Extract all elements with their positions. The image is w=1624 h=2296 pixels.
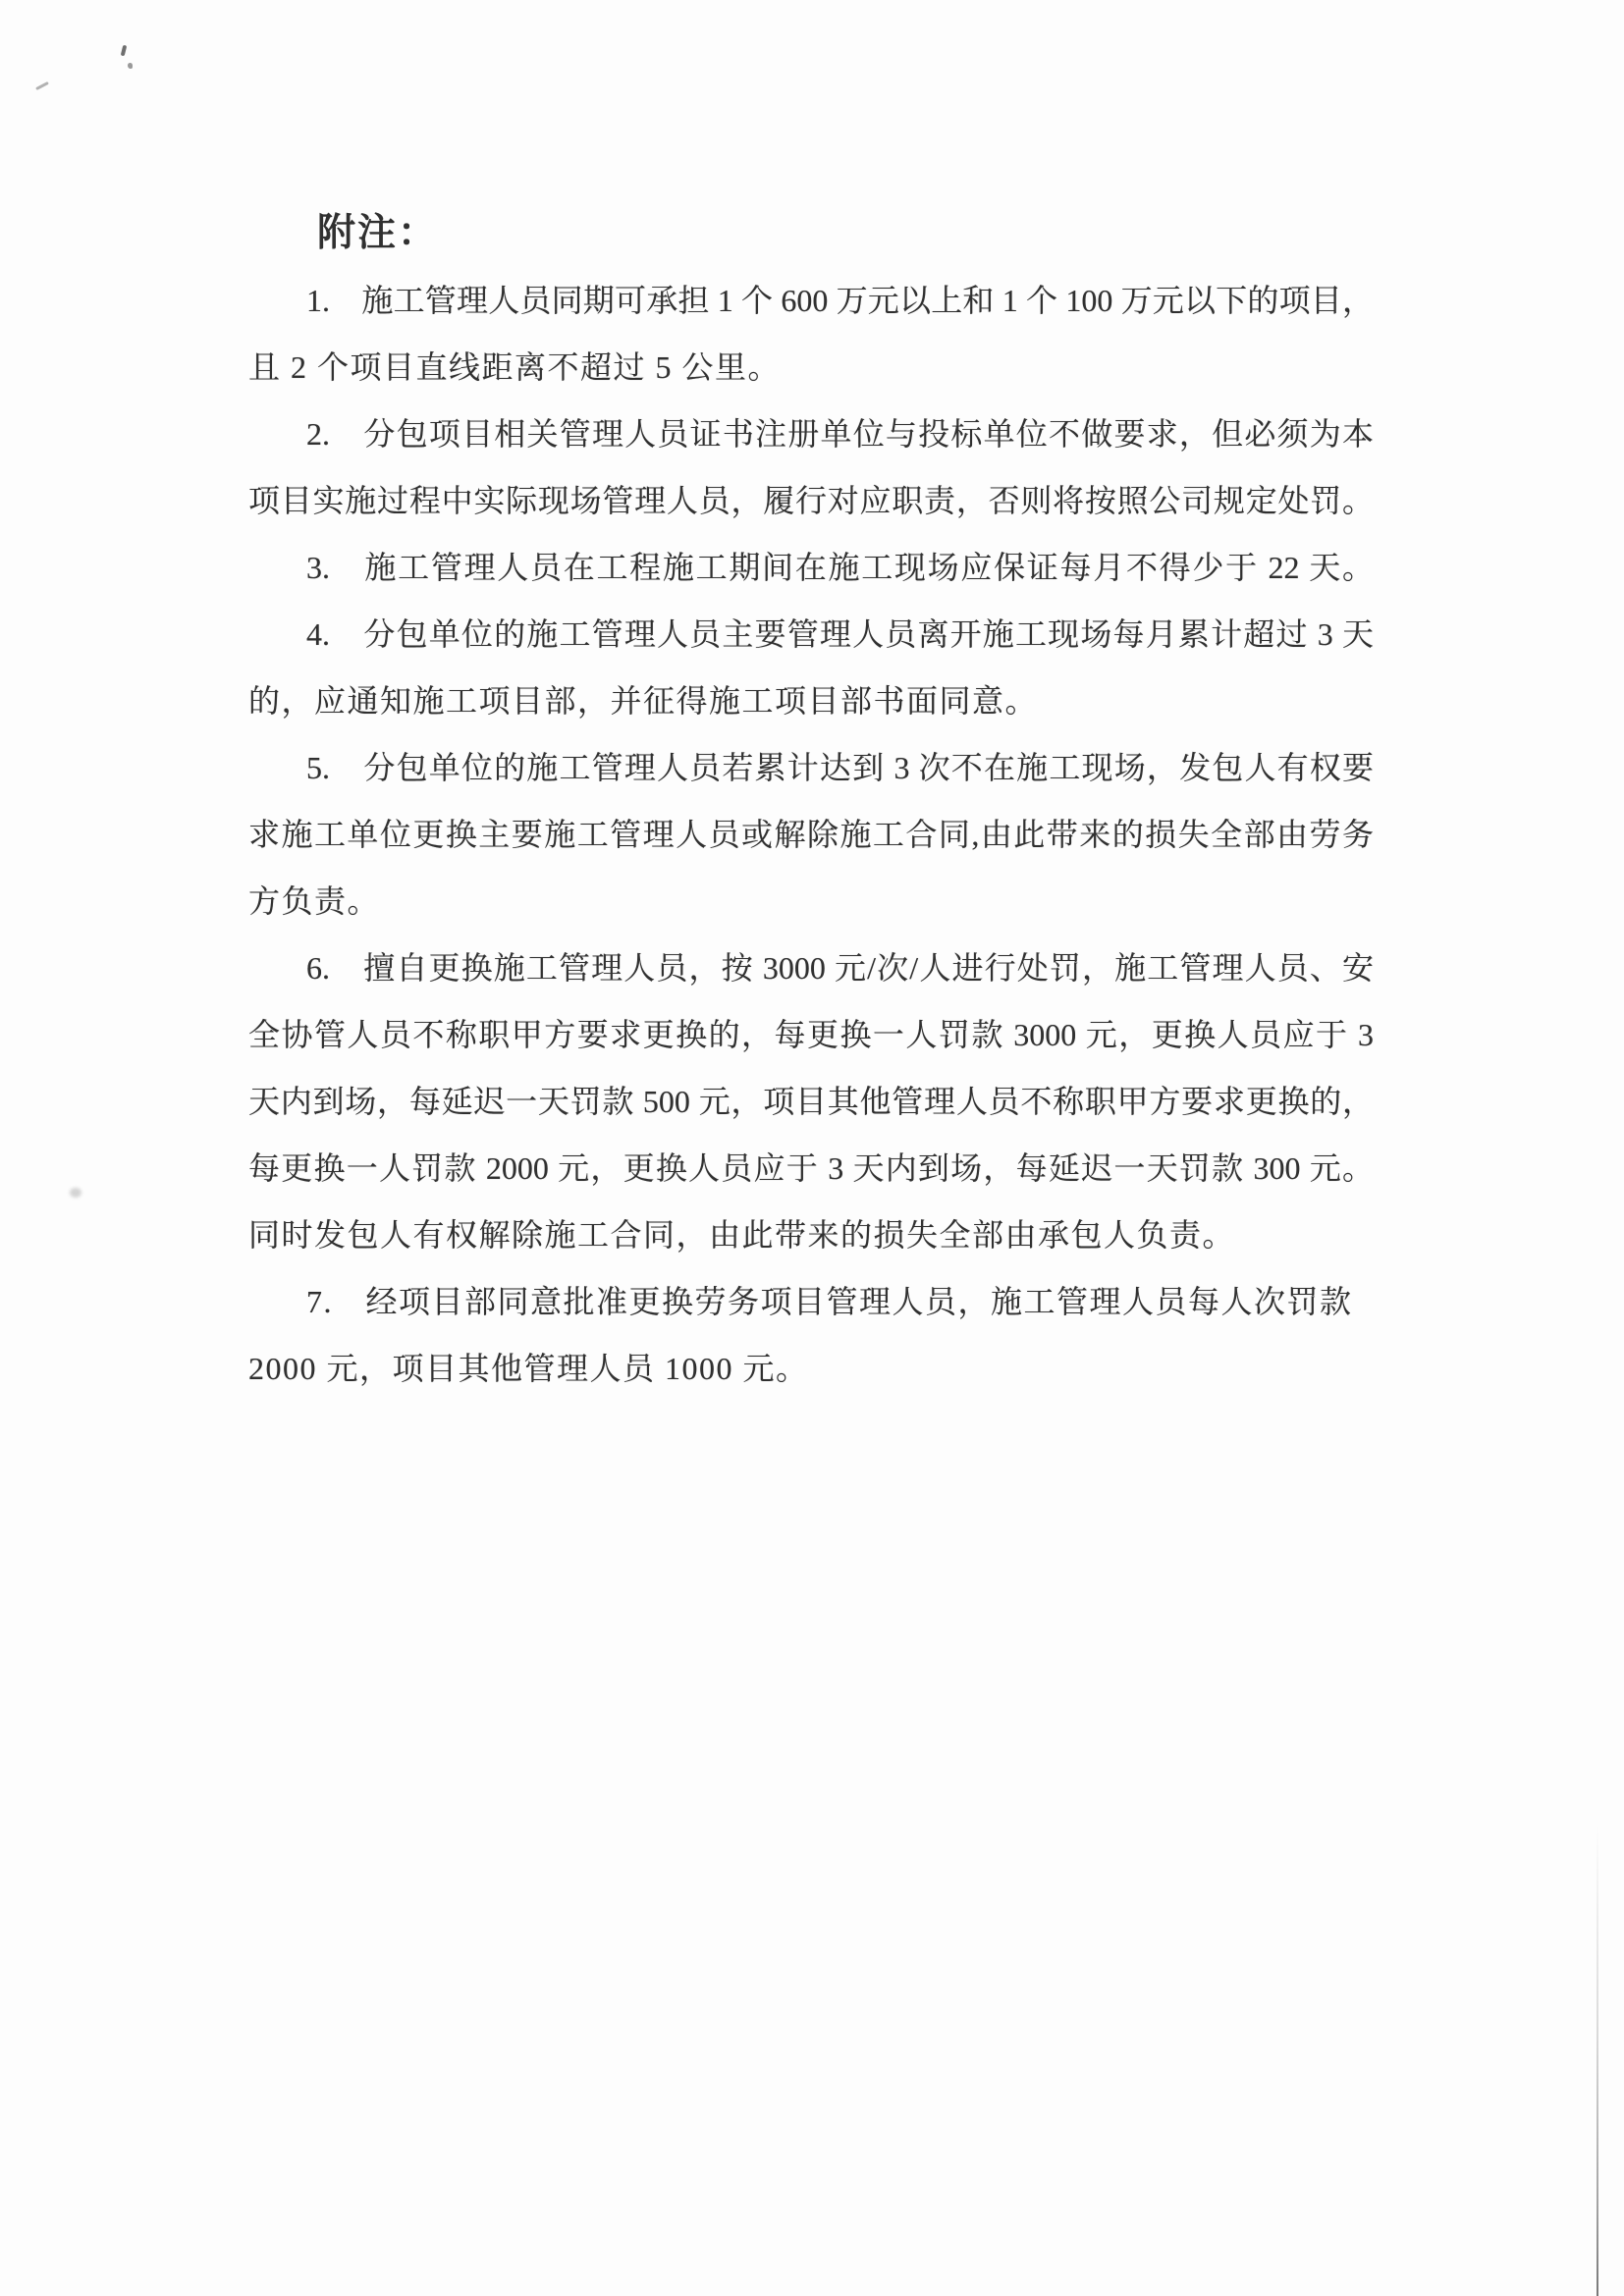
text-line: 天内到场，每延迟一天罚款 500 元，项目其他管理人员不称职甲方要求更换的， [248,1068,1374,1135]
document-body: 附注： 1. 施工管理人员同期可承担 1 个 600 万元以上和 1 个 100… [248,200,1374,1402]
note-item-5: 5. 分包单位的施工管理人员若累计达到 3 次不在施工现场，发包人有权要 求施工… [248,734,1374,934]
note-item-2: 2. 分包项目相关管理人员证书注册单位与投标单位不做要求，但必须为本 项目实施过… [248,400,1374,534]
text-line: 且 2 个项目直线距离不超过 5 公里。 [248,334,1374,400]
scan-speck [121,45,128,57]
text-line: 同时发包人有权解除施工合同，由此带来的损失全部由承包人负责。 [248,1201,1374,1268]
note-item-7: 7. 经项目部同意批准更换劳务项目管理人员，施工管理人员每人次罚款 2000 元… [248,1268,1374,1402]
scan-speck [128,63,133,69]
note-item-1: 1. 施工管理人员同期可承担 1 个 600 万元以上和 1 个 100 万元以… [248,267,1374,400]
text-line: 6. 擅自更换施工管理人员，按 3000 元/次/人进行处罚，施工管理人员、安 [248,934,1374,1001]
scan-speck [35,81,49,90]
text-line: 2. 分包项目相关管理人员证书注册单位与投标单位不做要求，但必须为本 [248,400,1374,467]
scanned-document-page: 附注： 1. 施工管理人员同期可承担 1 个 600 万元以上和 1 个 100… [0,0,1624,2296]
text-line: 方负责。 [248,868,1374,934]
text-line: 1. 施工管理人员同期可承担 1 个 600 万元以上和 1 个 100 万元以… [248,267,1374,334]
text-line: 每更换一人罚款 2000 元，更换人员应于 3 天内到场，每延迟一天罚款 300… [248,1135,1374,1201]
note-item-3: 3. 施工管理人员在工程施工期间在施工现场应保证每月不得少于 22 天。 [248,534,1374,601]
text-line: 3. 施工管理人员在工程施工期间在施工现场应保证每月不得少于 22 天。 [248,534,1374,601]
text-line: 7. 经项目部同意批准更换劳务项目管理人员，施工管理人员每人次罚款 [248,1268,1374,1335]
text-line: 的，应通知施工项目部，并征得施工项目部书面同意。 [248,667,1374,734]
text-line: 项目实施过程中实际现场管理人员，履行对应职责，否则将按照公司规定处罚。 [248,467,1374,534]
note-item-6: 6. 擅自更换施工管理人员，按 3000 元/次/人进行处罚，施工管理人员、安 … [248,934,1374,1268]
note-item-4: 4. 分包单位的施工管理人员主要管理人员离开施工现场每月累计超过 3 天 的，应… [248,601,1374,734]
text-line: 4. 分包单位的施工管理人员主要管理人员离开施工现场每月累计超过 3 天 [248,601,1374,667]
text-line: 全协管人员不称职甲方要求更换的，每更换一人罚款 3000 元，更换人员应于 3 [248,1001,1374,1068]
text-line: 求施工单位更换主要施工管理人员或解除施工合同,由此带来的损失全部由劳务 [248,801,1374,868]
notes-heading: 附注： [248,200,1374,267]
text-line: 2000 元，项目其他管理人员 1000 元。 [248,1335,1374,1402]
scan-speck [70,1188,81,1198]
text-line: 5. 分包单位的施工管理人员若累计达到 3 次不在施工现场，发包人有权要 [248,734,1374,801]
scan-scratch-line [1597,1824,1598,2296]
